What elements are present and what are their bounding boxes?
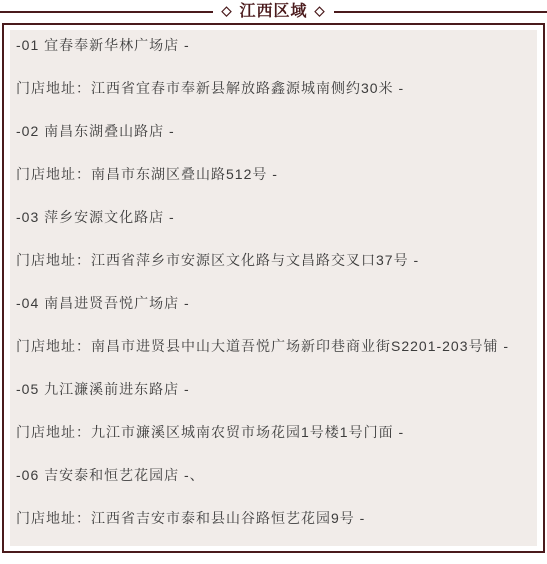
store-name-row: -06 吉安泰和恒艺花园店 -、 xyxy=(10,460,537,503)
store-name-row: -03 萍乡安源文化路店 - xyxy=(10,202,537,245)
diamond-icon-right: ◇ xyxy=(315,3,326,18)
region-header: ◇江西区域◇ xyxy=(0,0,547,23)
region-title: ◇江西区域◇ xyxy=(213,0,333,23)
store-address-row: 门店地址：江西省萍乡市安源区文化路与文昌路交叉口37号 - xyxy=(10,245,537,288)
store-address-row: 门店地址：九江市濂溪区城南农贸市场花园1号楼1号门面 - xyxy=(10,417,537,460)
diamond-icon-left: ◇ xyxy=(221,3,232,18)
store-address-row: 门店地址：南昌市进贤县中山大道吾悦广场新印巷商业街S2201-203号铺 - xyxy=(10,331,537,374)
store-name-row: -02 南昌东湖叠山路店 - xyxy=(10,116,537,159)
page: ◇江西区域◇ -01 宜春奉新华林广场店 -门店地址：江西省宜春市奉新县解放路鑫… xyxy=(0,0,547,564)
store-address-row: 门店地址：江西省吉安市泰和县山谷路恒艺花园9号 - xyxy=(10,503,537,546)
store-list: -01 宜春奉新华林广场店 -门店地址：江西省宜春市奉新县解放路鑫源城南侧约30… xyxy=(10,30,537,546)
store-address-row: 门店地址：南昌市东湖区叠山路512号 - xyxy=(10,159,537,202)
store-address-row: 门店地址：江西省宜春市奉新县解放路鑫源城南侧约30米 - xyxy=(10,73,537,116)
store-name-row: -04 南昌进贤吾悦广场店 - xyxy=(10,288,537,331)
store-list-panel: -01 宜春奉新华林广场店 -门店地址：江西省宜春市奉新县解放路鑫源城南侧约30… xyxy=(2,23,545,553)
store-name-row: -05 九江濂溪前进东路店 - xyxy=(10,374,537,417)
store-name-row: -01 宜春奉新华林广场店 - xyxy=(10,30,537,73)
region-title-text: 江西区域 xyxy=(239,3,307,20)
